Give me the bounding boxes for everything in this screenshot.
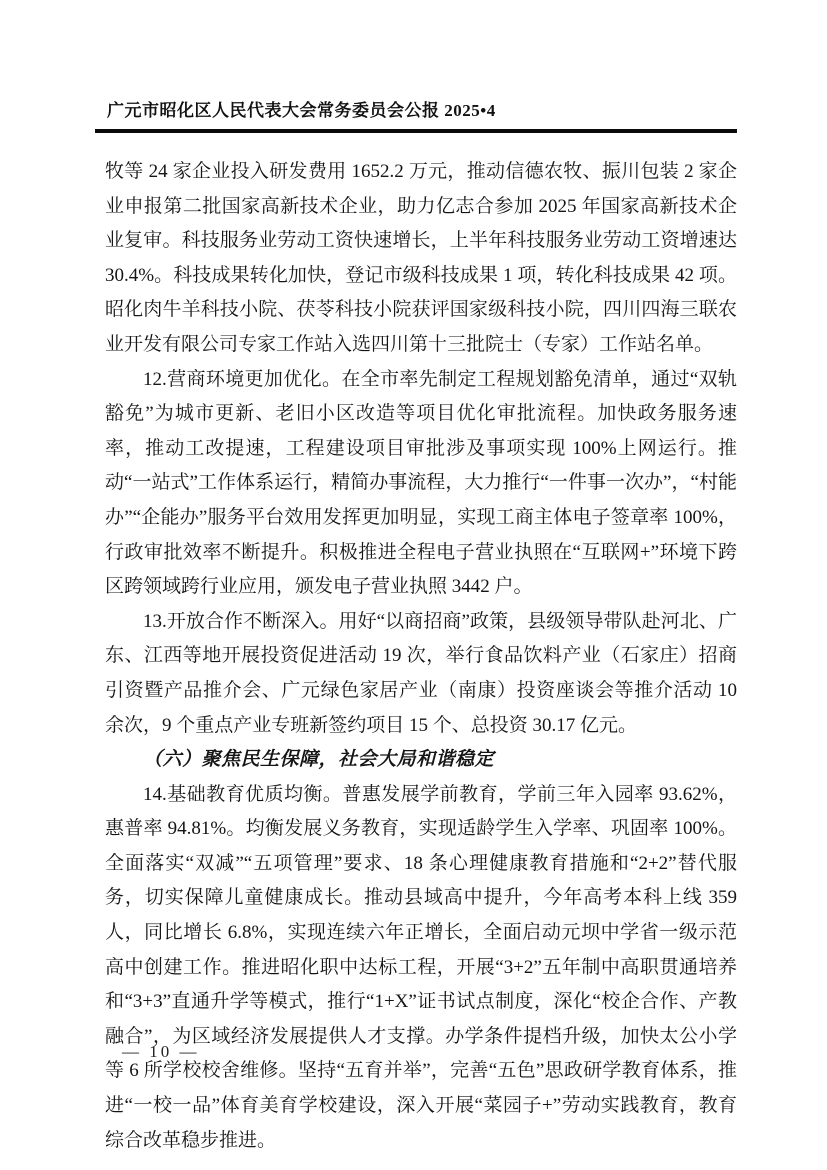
page-content: 广元市昭化区人民代表大会常务委员会公报 2025•4 牧等 24 家企业投入研发…	[105, 96, 737, 1158]
document-page: 广元市昭化区人民代表大会常务委员会公报 2025•4 牧等 24 家企业投入研发…	[0, 0, 827, 1170]
page-number: — 10 —	[122, 1042, 200, 1062]
body-paragraph-14: 14.基础教育优质均衡。普惠发展学前教育，学前三年入园率 93.62%，惠普率 …	[105, 778, 737, 1159]
body-paragraph-continuation: 牧等 24 家企业投入研发费用 1652.2 万元，推动信德农牧、振川包装 2 …	[105, 155, 737, 363]
page-header: 广元市昭化区人民代表大会常务委员会公报 2025•4	[105, 96, 737, 133]
body-paragraph-13: 13.开放合作不断深入。用好“以商招商”政策，县级领导带队赴河北、广东、江西等地…	[105, 605, 737, 743]
header-double-rule	[95, 129, 737, 133]
section-heading-6: （六）聚焦民生保障，社会大局和谐稳定	[105, 743, 737, 778]
document-body: 牧等 24 家企业投入研发费用 1652.2 万元，推动信德农牧、振川包装 2 …	[105, 155, 737, 1158]
body-paragraph-12: 12.营商环境更加优化。在全市率先制定工程规划豁免清单，通过“双轨豁免”为城市更…	[105, 363, 737, 605]
bulletin-header-title: 广元市昭化区人民代表大会常务委员会公报 2025•4	[105, 96, 737, 129]
